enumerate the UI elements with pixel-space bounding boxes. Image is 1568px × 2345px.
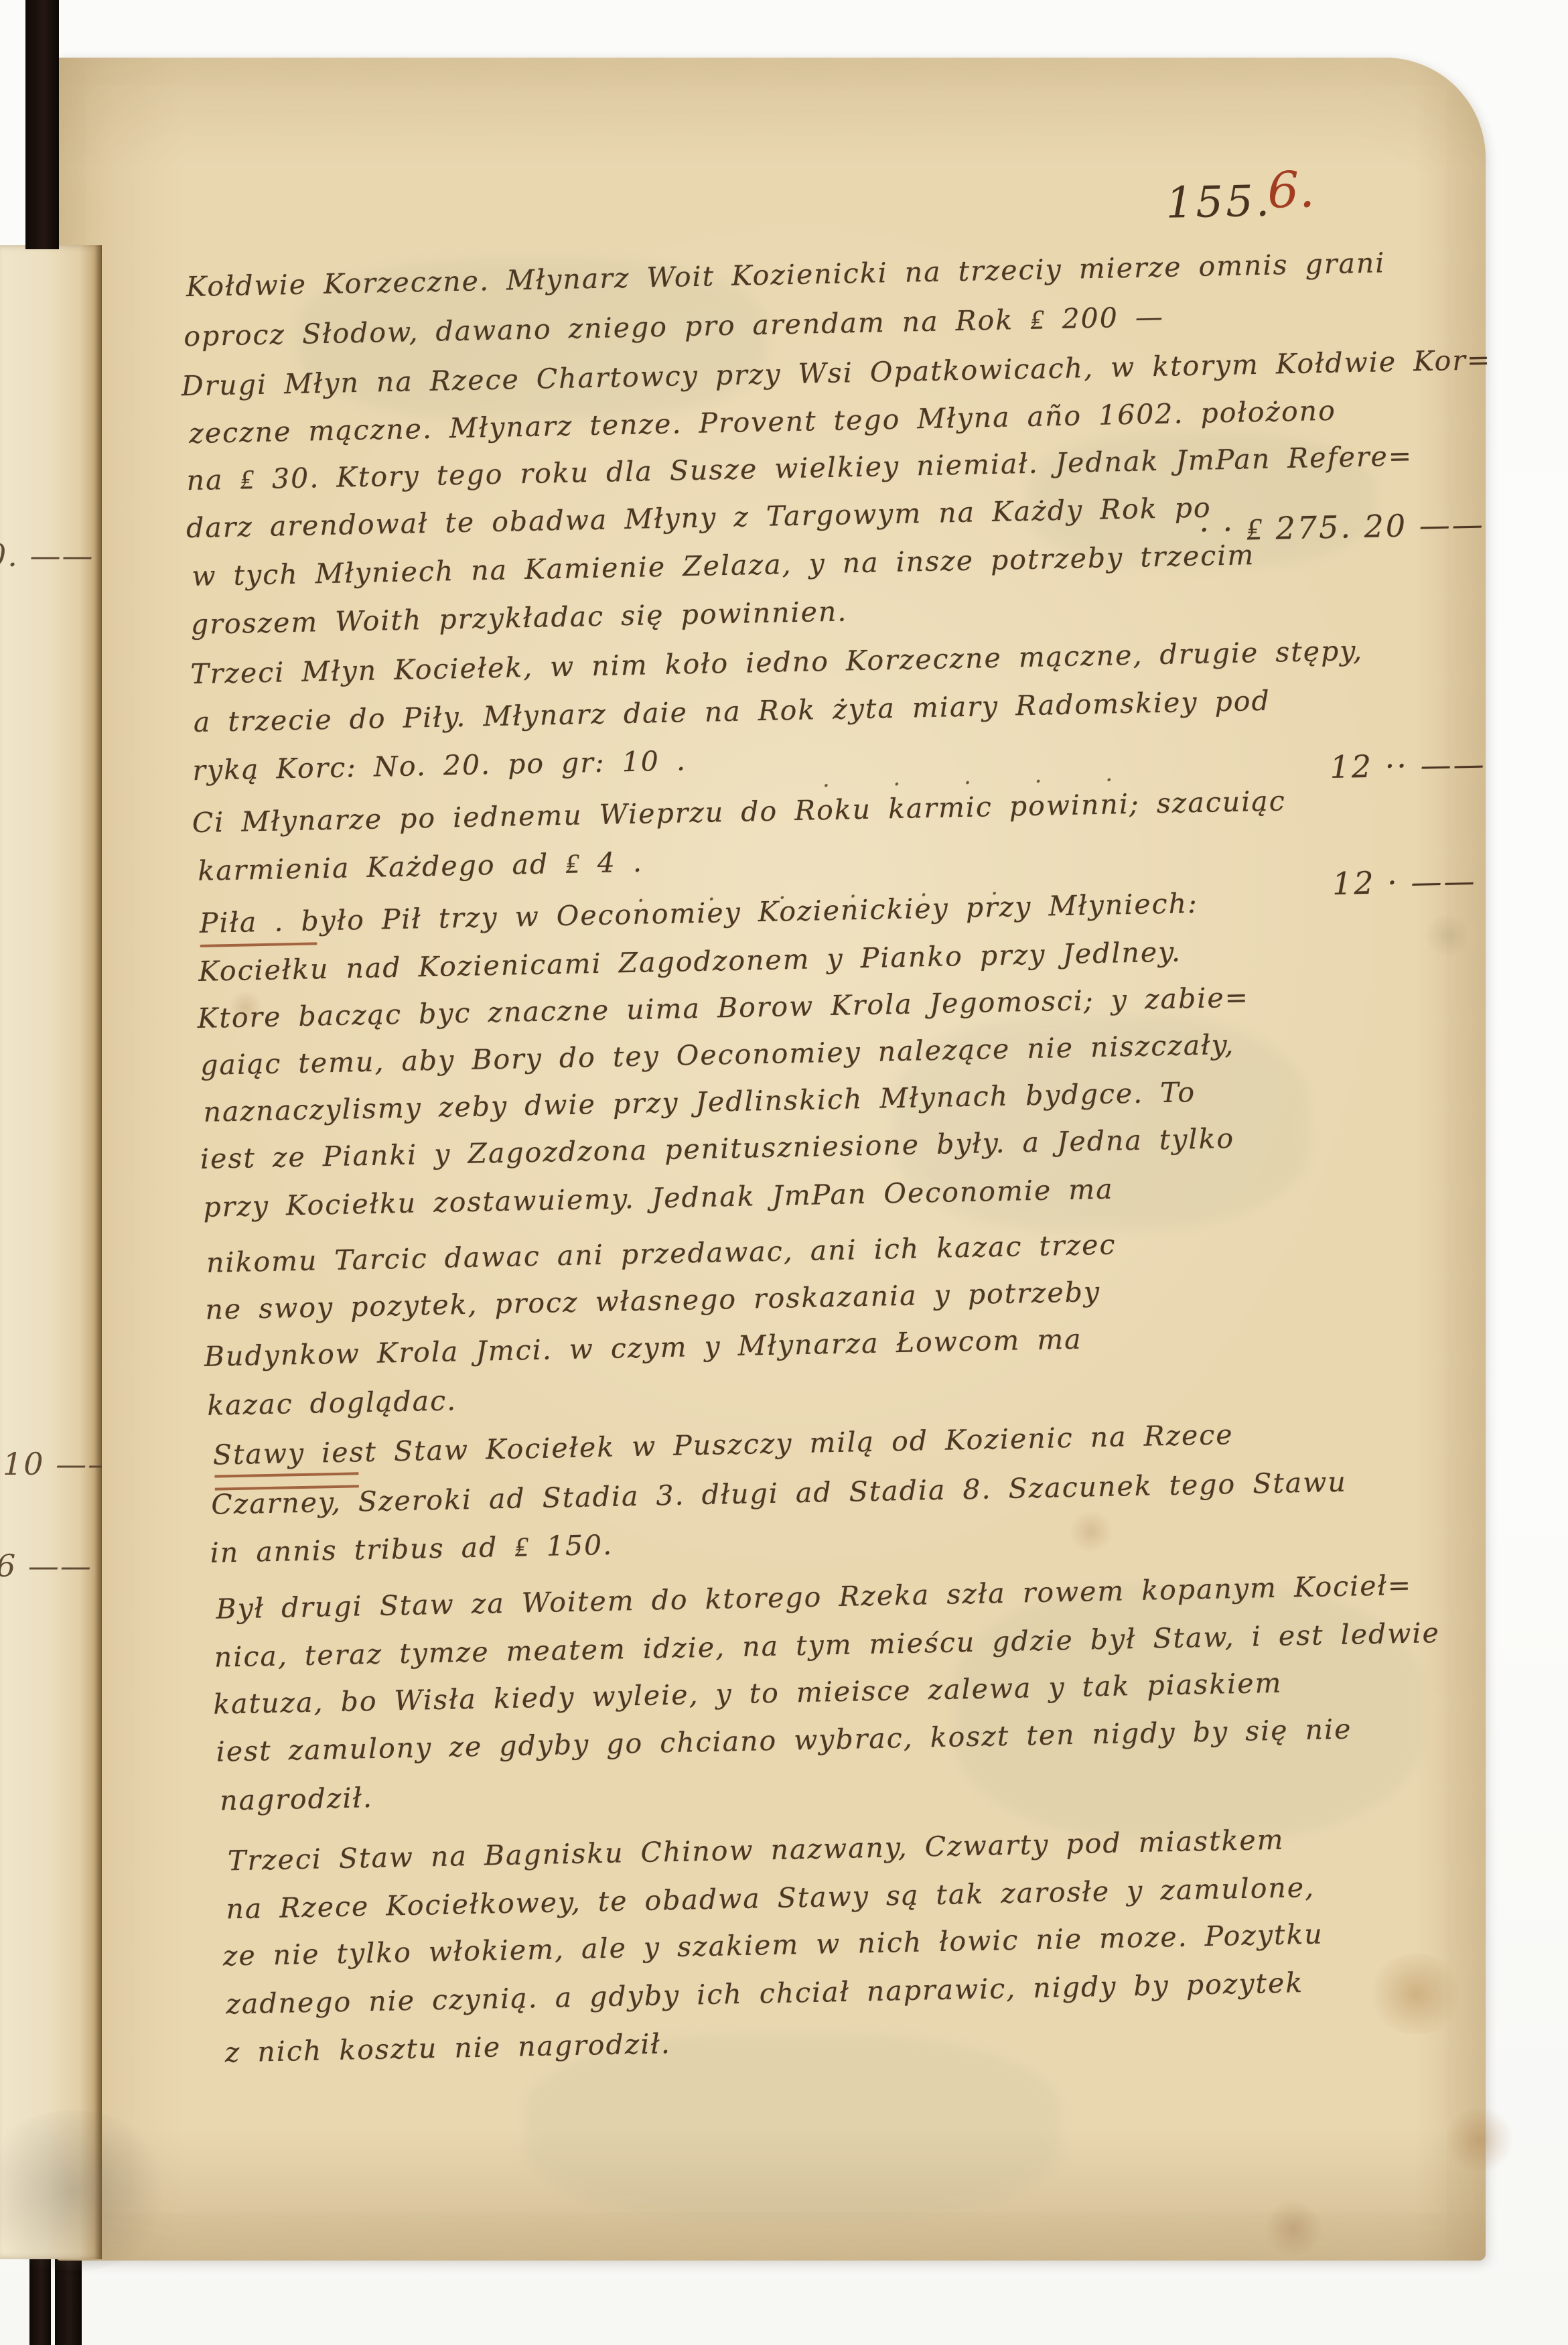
facing-page-margin-mark: 10 ——: [3, 1446, 102, 1482]
heading-underline: [214, 1472, 358, 1490]
manuscript-line: Stawy iest Staw Kociełek w Puszczy milą …: [212, 1418, 1234, 1471]
folio-number: 6.: [1267, 161, 1315, 219]
ink-layer: 155. 6. Kołdwie Korzeczne. Młynarz Woit …: [51, 31, 1524, 2263]
manuscript-line: Czarney, Szeroki ad Stadia 3. długi ad S…: [211, 1466, 1347, 1521]
binding-strap-top: [25, 0, 59, 249]
facing-page-margin-mark: 0. ——: [0, 537, 94, 574]
manuscript-line: zeczne mączne. Młynarz tenze. Provent te…: [189, 395, 1336, 450]
manuscript-line: darz arendował te obadwa Młyny z Targowy…: [186, 491, 1212, 544]
manuscript-line: karmienia Każdego ad ₤ 4 .: [198, 846, 644, 887]
manuscript-line: naznaczylismy zeby dwie przy Jedlinskich…: [203, 1076, 1196, 1128]
manuscript-line: ryką Korc: No. 20. po gr: 10 .: [192, 744, 687, 787]
page-number: 155.: [1165, 177, 1273, 228]
manuscript-line: Trzeci Staw na Bagnisku Chinow nazwany, …: [228, 1824, 1285, 1877]
amount-zyto: 12 ·· ——: [1330, 746, 1486, 785]
manuscript-line: na Rzece Kociełkowey, te obadwa Stawy są…: [226, 1871, 1315, 1926]
manuscript-line: z nich kosztu nie nagrodził.: [224, 2027, 671, 2068]
manuscript-line: kazac doglądac.: [207, 1384, 457, 1421]
binding-strap-bottom-right: [55, 2246, 82, 2345]
manuscript-line: Był drugi Staw za Woitem do ktorego Rzek…: [216, 1569, 1413, 1625]
manuscript-line: Budynkow Krola Jmci. w czym y Młynarza Ł…: [204, 1323, 1082, 1373]
manuscript-line: Kociełku nad Kozienicami Zagodzonem y Pi…: [198, 935, 1182, 987]
manuscript-line: zadnego nie czynią. a gdyby ich chciał n…: [226, 1966, 1304, 2020]
manuscript-line: groszem Woith przykładac się powinnien.: [190, 595, 847, 641]
manuscript-line: ne swoy pozytek, procz własnego roskazan…: [205, 1276, 1101, 1326]
facing-page-margin-mark: 6 ——: [0, 1548, 92, 1584]
facing-page-edge: 0. ——10 ——6 ——: [0, 245, 102, 2259]
manuscript-line: nagrodził.: [220, 1782, 374, 1817]
manuscript-line: oprocz Słodow, dawano zniego pro arendam…: [184, 301, 1164, 352]
manuscript-line: Kołdwie Korzeczne. Młynarz Woit Kozienic…: [186, 247, 1385, 303]
manuscript-line: nica, teraz tymze meatem idzie, na tym m…: [214, 1617, 1440, 1674]
manuscript-line: przy Kociełku zostawuiemy. Jednak JmPan …: [203, 1173, 1114, 1223]
amount-arenda: · · ₤ 275. 20 ——: [1199, 506, 1485, 548]
binding-strap-bottom-left: [29, 2246, 51, 2345]
manuscript-line: Ktore bacząc byc znaczne uima Borow Krol…: [197, 981, 1249, 1034]
manuscript-line: a trzecie do Piły. Młynarz daie na Rok ż…: [193, 685, 1271, 738]
manuscript-line: ze nie tylko włokiem, ale y szakiem w ni…: [222, 1918, 1324, 1972]
manuscript-line: iest zamulony ze gdyby go chciano wybrac…: [216, 1713, 1352, 1768]
manuscript-line: katuza, bo Wisła kiedy wyleie, y to miei…: [213, 1667, 1283, 1721]
manuscript-page: 155. 6. Kołdwie Korzeczne. Młynarz Woit …: [56, 58, 1486, 2261]
manuscript-line: na ₤ 30. Ktory tego roku dla Susze wielk…: [186, 440, 1413, 496]
manuscript-line: Trzeci Młyn Kociełek, w nim koło iedno K…: [190, 634, 1364, 690]
manuscript-line: iest ze Pianki y Zagozdzona penitusznies…: [200, 1122, 1234, 1175]
amount-wieprze: 12 · ——: [1332, 863, 1477, 902]
manuscript-line: Drugi Młyn na Rzece Chartowcy przy Wsi O…: [181, 344, 1491, 402]
manuscript-line: in annis tribus ad ₤ 150.: [210, 1529, 613, 1569]
manuscript-line: gaiąc temu, aby Bory do tey Oeconomiey n…: [200, 1028, 1235, 1081]
heading-underline: [200, 942, 317, 947]
manuscript-line: w tych Młyniech na Kamienie Zelaza, y na…: [192, 539, 1255, 592]
manuscript-line: nikomu Tarcic dawac ani przedawac, ani i…: [206, 1229, 1117, 1279]
